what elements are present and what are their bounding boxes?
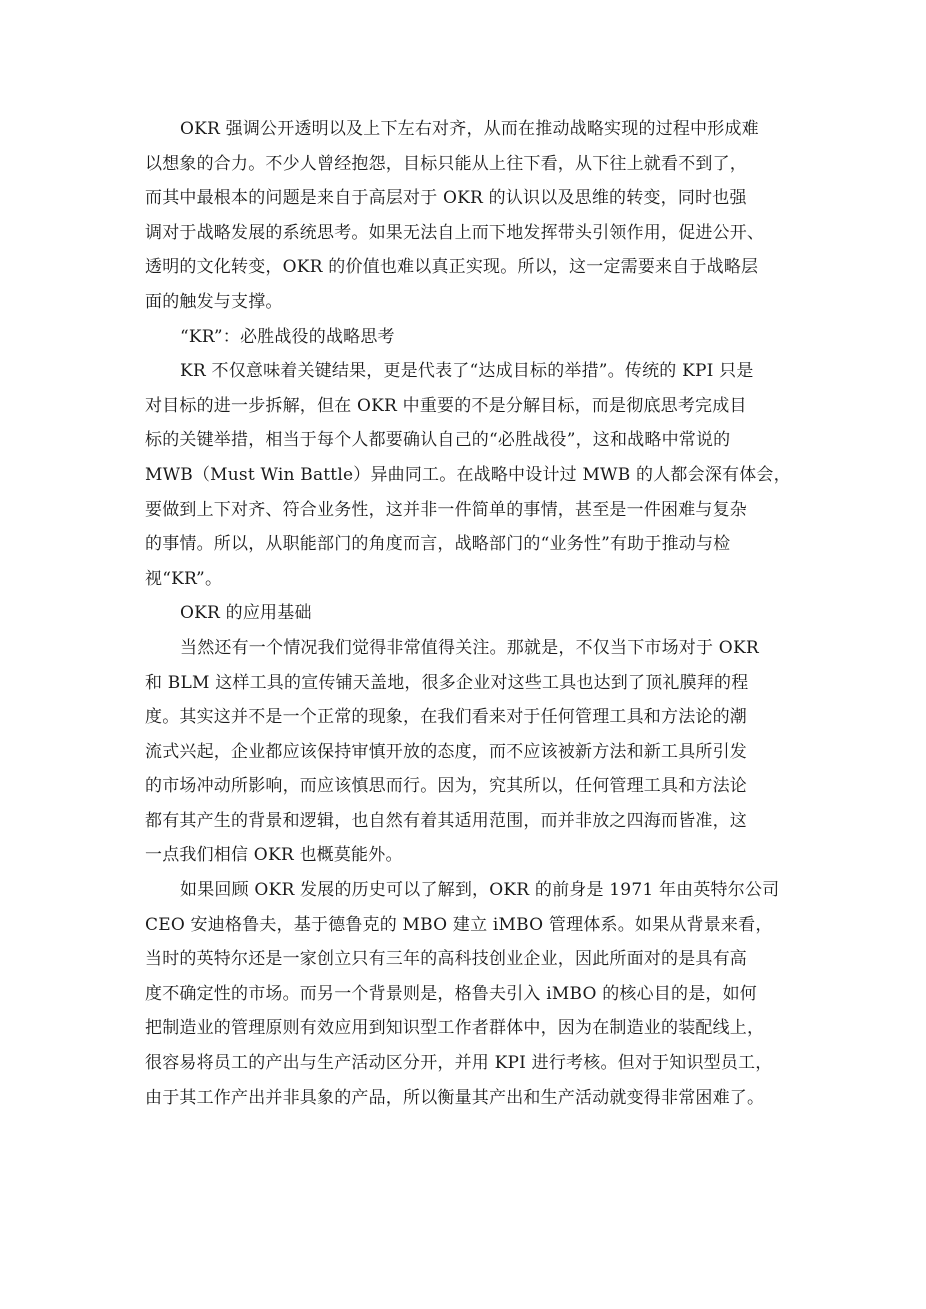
text-line: 视“KR”。 — [145, 562, 805, 597]
text-line: 把制造业的管理原则有效应用到知识型工作者群体中，因为在制造业的装配线上， — [145, 1011, 805, 1046]
text-line: 调对于战略发展的系统思考。如果无法自上而下地发挥带头引领作用，促进公开、 — [145, 216, 805, 251]
text-line: 对目标的进一步拆解，但在 OKR 中重要的不是分解目标，而是彻底思考完成目 — [145, 389, 805, 424]
paragraph-okr-transparency: OKR 强调公开透明以及上下左右对齐，从而在推动战略实现的过程中形成难 以想象的… — [145, 112, 805, 320]
text-line: 以想象的合力。不少人曾经抱怨，目标只能从上往下看，从下往上就看不到了， — [145, 147, 805, 182]
document-page: OKR 强调公开透明以及上下左右对齐，从而在推动战略实现的过程中形成难 以想象的… — [145, 112, 805, 1115]
text-line: 透明的文化转变，OKR 的价值也难以真正实现。所以，这一定需要来自于战略层 — [145, 250, 805, 285]
text-line: 一点我们相信 OKR 也概莫能外。 — [145, 838, 805, 873]
text-line: 由于其工作产出并非具象的产品，所以衡量其产出和生产活动就变得非常困难了。 — [145, 1081, 805, 1116]
text-line: 标的关键举措，相当于每个人都要确认自己的“必胜战役”，这和战略中常说的 — [145, 423, 805, 458]
text-line: 要做到上下对齐、符合业务性，这并非一件简单的事情，甚至是一件困难与复杂 — [145, 493, 805, 528]
text-line: 很容易将员工的产出与生产活动区分开，并用 KPI 进行考核。但对于知识型员工， — [145, 1046, 805, 1081]
text-line: 流式兴起，企业都应该保持审慎开放的态度，而不应该被新方法和新工具所引发 — [145, 735, 805, 770]
section-heading-okr-foundation: OKR 的应用基础 — [145, 596, 805, 631]
text-line: 度。其实这并不是一个正常的现象，在我们看来对于任何管理工具和方法论的潮 — [145, 700, 805, 735]
text-line: 如果回顾 OKR 发展的历史可以了解到，OKR 的前身是 1971 年由英特尔公… — [145, 873, 805, 908]
text-line: 面的触发与支撑。 — [145, 285, 805, 320]
text-line: 和 BLM 这样工具的宣传铺天盖地，很多企业对这些工具也达到了顶礼膜拜的程 — [145, 666, 805, 701]
text-line: 度不确定性的市场。而另一个背景则是，格鲁夫引入 iMBO 的核心目的是，如何 — [145, 977, 805, 1012]
text-line: MWB（Must Win Battle）异曲同工。在战略中设计过 MWB 的人都… — [145, 458, 805, 493]
text-line: 当然还有一个情况我们觉得非常值得关注。那就是，不仅当下市场对于 OKR — [145, 631, 805, 666]
text-line: OKR 强调公开透明以及上下左右对齐，从而在推动战略实现的过程中形成难 — [145, 112, 805, 147]
paragraph-okr-history: 如果回顾 OKR 发展的历史可以了解到，OKR 的前身是 1971 年由英特尔公… — [145, 873, 805, 1115]
text-line: 的市场冲动所影响，而应该慎思而行。因为，究其所以，任何管理工具和方法论 — [145, 769, 805, 804]
text-line: 的事情。所以，从职能部门的角度而言，战略部门的“业务性”有助于推动与检 — [145, 527, 805, 562]
heading-text: “KR”：必胜战役的战略思考 — [145, 320, 805, 355]
section-heading-kr: “KR”：必胜战役的战略思考 — [145, 320, 805, 355]
paragraph-kr-meaning: KR 不仅意味着关键结果，更是代表了“达成目标的举措”。传统的 KPI 只是 对… — [145, 354, 805, 596]
text-line: CEO 安迪格鲁夫，基于德鲁克的 MBO 建立 iMBO 管理体系。如果从背景来… — [145, 908, 805, 943]
heading-text: OKR 的应用基础 — [145, 596, 805, 631]
paragraph-tool-hype: 当然还有一个情况我们觉得非常值得关注。那就是，不仅当下市场对于 OKR 和 BL… — [145, 631, 805, 873]
text-line: 当时的英特尔还是一家创立只有三年的高科技创业企业，因此所面对的是具有高 — [145, 942, 805, 977]
text-line: 而其中最根本的问题是来自于高层对于 OKR 的认识以及思维的转变，同时也强 — [145, 181, 805, 216]
text-line: 都有其产生的背景和逻辑，也自然有着其适用范围，而并非放之四海而皆准，这 — [145, 804, 805, 839]
text-line: KR 不仅意味着关键结果，更是代表了“达成目标的举措”。传统的 KPI 只是 — [145, 354, 805, 389]
